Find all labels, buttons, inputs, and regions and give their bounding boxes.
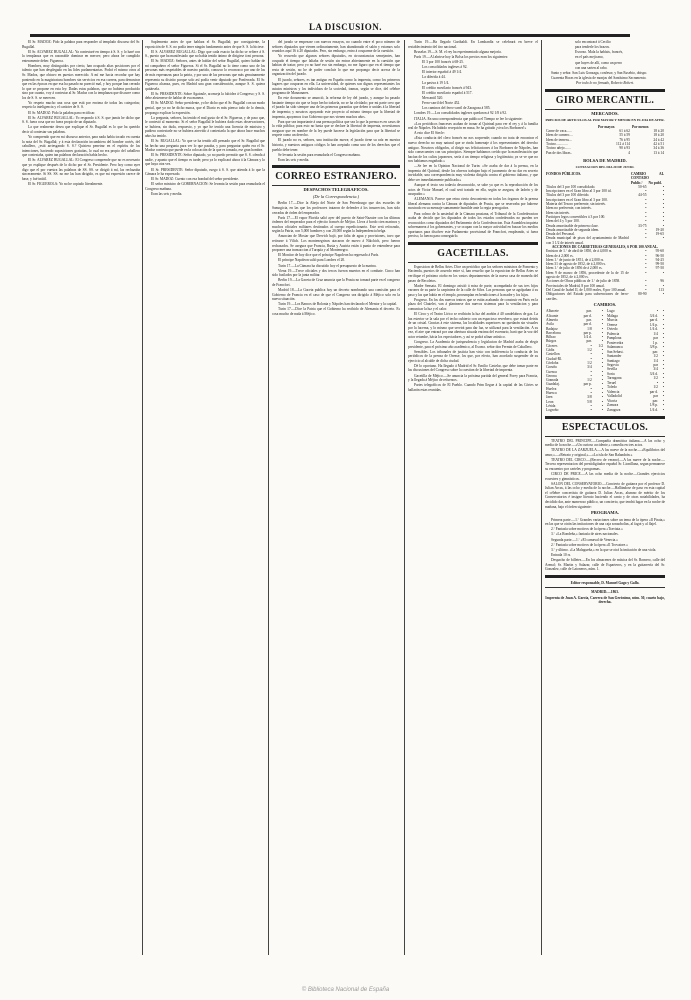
column-4: Turin 19.—Ha llegado Garibaldi. En Lomba… bbox=[408, 40, 538, 950]
article-paragraph: Para colmo de la ansiedad de la Cámara p… bbox=[408, 212, 538, 239]
column-1: El Sr. MADOZ: Pido la palabra para respo… bbox=[22, 40, 140, 950]
correo-source: (De la Correspondencia.) bbox=[272, 195, 400, 200]
article-paragraph: «Esta conducta del clero francés no nos … bbox=[408, 136, 538, 163]
espectaculos-title: ESPECTACULOS. bbox=[545, 422, 665, 434]
article-paragraph: Eran las seis y media. bbox=[145, 192, 265, 197]
program-item: Segunda parte.—1.º «El carnaval de Venec… bbox=[545, 538, 665, 543]
article-paragraph: ITALIA. En una correspondencia que publi… bbox=[408, 117, 538, 122]
share-row: Obligaciones del Estado para subvencione… bbox=[545, 292, 665, 301]
article-paragraph: El Sr. MADOZ: Cuento con esa bondad del … bbox=[145, 177, 265, 182]
quote-line: Los consolidados ingleses á 92. bbox=[416, 65, 538, 70]
program-item: Primera parte.—1.º Grandes variaciones s… bbox=[545, 518, 665, 527]
program-item: 3.º «La Rondeña,» fantasía de aires naci… bbox=[545, 532, 665, 537]
article-paragraph: El Sr. MADOZ: Señores, antes de hablar d… bbox=[145, 59, 265, 91]
program-item: 3.º y último. «La Malagueña,» en la que … bbox=[545, 548, 665, 553]
column-divider bbox=[404, 40, 405, 955]
dispatch-paragraph: El Monitor de hoy dice que el príncipe N… bbox=[272, 253, 400, 258]
gacetilla-paragraph: Dé lo oportuno. Ha llegado á Madrid el S… bbox=[408, 364, 538, 373]
article-paragraph: En este documento se anunció, la reforma… bbox=[272, 96, 400, 119]
divider bbox=[545, 587, 665, 588]
section-rule bbox=[545, 416, 665, 419]
gacetilla-paragraph: Congreso. La Academia de jurisprudencia … bbox=[408, 340, 538, 349]
program-item: 2.º Fantasía sobre motivos de la ópera «… bbox=[545, 527, 665, 532]
column-3: del jurado se empezase con nuevos ensayo… bbox=[272, 40, 400, 950]
article-paragraph: Para que sea importante á una prensa pol… bbox=[272, 120, 400, 138]
dispatch-paragraph: Turin 19.—Los Bancos de Bolonia y Nápole… bbox=[272, 302, 400, 307]
article-paragraph: El Sr. MADOZ: Pido la palabra para recti… bbox=[22, 111, 140, 116]
article-paragraph: Yo comprendo que en mi discurso anterior… bbox=[22, 135, 140, 158]
article-paragraph: «Los periódicos franceses acaban de tron… bbox=[408, 122, 538, 131]
editor-line: Editor responsable, D. Manuel Gago y Gal… bbox=[545, 581, 665, 586]
quote-line: Los caminos del ferro-carril de Zaragoza… bbox=[416, 106, 538, 111]
cambios-title: CAMBIOS. bbox=[545, 303, 665, 308]
program-item: Entrada 10 rs. bbox=[545, 553, 665, 558]
giro-title: GIRO MERCANTIL. bbox=[545, 95, 665, 107]
article-paragraph: La pregunta, señores, ha tenido el mal g… bbox=[145, 116, 265, 139]
masthead-title: LA DISCUSION. bbox=[0, 22, 691, 32]
article-paragraph: El Sr. PRESIDENTE: Sobre Agatoule, acons… bbox=[145, 92, 265, 101]
program-item: 2.º Fantasía sobre motivos de la ópera «… bbox=[545, 543, 665, 548]
article-paragraph: El Sr. BUGALLAL: Yo que se ha tenido all… bbox=[145, 139, 265, 153]
correo-subtitle: DESPACHOS TELEGRAFICOS. bbox=[272, 188, 400, 193]
cambios-tables: Albacetepar.•Alicantepar d.•Almeríapar.•… bbox=[545, 309, 665, 412]
cambios-left: Albacetepar.•Alicantepar d.•Almeríapar.•… bbox=[545, 309, 604, 412]
gacetilla-paragraph: Esposicion de Bellas Artes. Dice un peri… bbox=[408, 265, 538, 283]
article-paragraph: Aunque el texto sea todavía desconocido,… bbox=[408, 183, 538, 197]
bolsa-title: BOLSA DE MADRID. bbox=[545, 159, 665, 164]
dispatch-paragraph: Turin 19.—Ha llegado Garibaldi. En Lomba… bbox=[408, 40, 538, 49]
gacetilla-paragraph: Progreso. En los dos nuevos teatros que … bbox=[408, 298, 538, 312]
article-paragraph: ALEMANIA. Parece que reina cierto descon… bbox=[408, 197, 538, 211]
bolsa-table: FONDOS PÚBLICOS. CAMBIO AL CONTADO Publi… bbox=[545, 172, 665, 301]
dispatch-paragraph: El príncipe Napoleon salió para Londres … bbox=[272, 258, 400, 263]
article-paragraph: Yo recuerdo que algunos señores diputado… bbox=[272, 54, 400, 77]
section-rule bbox=[545, 89, 665, 92]
programa-title: PROGRAMA. bbox=[545, 511, 665, 516]
section-rule bbox=[272, 165, 400, 168]
show-listing: SALON DEL CONSERVATORIO.—Concierto de gu… bbox=[545, 482, 665, 509]
gacetilla-paragraph: Madre Sensata. El domingo asistió á misa… bbox=[408, 284, 538, 298]
mercados-table: Por mayor. Por menor. Carne de vaca.....… bbox=[545, 125, 665, 155]
newspaper-page: LA DISCUSION. El Sr. MADOZ: Pido la pala… bbox=[0, 0, 691, 1000]
divider bbox=[545, 109, 665, 110]
saints-notice: Santo y señor. San Luis Gonzaga, confeso… bbox=[545, 71, 665, 76]
article-paragraph: El jurado no es, señores, una institució… bbox=[272, 138, 400, 152]
correo-title: CORREO ESTRANJERO. bbox=[272, 171, 400, 183]
divider bbox=[545, 436, 665, 437]
gacetilla-paragraph: Gacetilla de Méjico.—Se anuncia la próxi… bbox=[408, 374, 538, 383]
bolsa-subtitle: COTIZACION DEL DIA 20 DE JUNIO. bbox=[545, 165, 665, 170]
dispatch-paragraph: Anuncian de Mostar que Dervich bajó, por… bbox=[272, 234, 400, 252]
exchange-row: Zaragoza1/4 d.• bbox=[606, 408, 665, 413]
poem-line: Esrorzo. Mala la habíais, francés, bbox=[575, 50, 665, 55]
column-divider bbox=[541, 40, 542, 955]
column-divider bbox=[268, 40, 269, 955]
gacetillas-title: GACETILLAS. bbox=[408, 248, 538, 260]
article-paragraph: El Sr. ALVAREZ BUGALLAL: El Congreso com… bbox=[22, 158, 140, 181]
article-paragraph: Se levanta la sesión para reanudarla el … bbox=[272, 153, 400, 158]
article-paragraph: A esto dice El Siecle: bbox=[408, 131, 538, 136]
article-paragraph: Suplemento antes de que hablara el Sr. B… bbox=[145, 40, 265, 49]
dispatch-paragraph: Madrid 18.—La Gaceta publica hoy un decr… bbox=[272, 288, 400, 302]
quote-line: Mercantil 520. bbox=[416, 96, 538, 101]
dispatch-paragraph: París 17.—El vapor Florida salió ayer de… bbox=[272, 216, 400, 234]
fondos-title: FONDOS PÚBLICOS. bbox=[545, 172, 630, 181]
article-paragraph: El Sr. PRESIDENTE: Señor diputado, yo no… bbox=[145, 153, 265, 167]
section-rule bbox=[408, 242, 538, 245]
column-2: Suplemento antes de que hablara el Sr. B… bbox=[145, 40, 265, 950]
section-rule bbox=[545, 575, 665, 578]
dispatch-paragraph: Viena 19.—Trece oficiales y dos tercos f… bbox=[272, 269, 400, 278]
dispatch-paragraph: Turin 17.—Dice la Patria que el Gobierno… bbox=[272, 307, 400, 316]
quote-line: Ferro-carril del Norte 452. bbox=[416, 101, 538, 106]
divider bbox=[408, 262, 538, 263]
quote-line: El interior español á 49 1/4. bbox=[416, 70, 538, 75]
mercados-title: MERCADOS. bbox=[545, 112, 665, 117]
poem-line: para tenderle los brazos. bbox=[575, 45, 665, 50]
gacetilla-paragraph: Sensibles. Los tribunales de justicia ha… bbox=[408, 350, 538, 364]
poem-line: en el país mejicano, bbox=[575, 55, 665, 60]
share-row: Idem 9 de marzo de 1856, procedente de l… bbox=[545, 271, 665, 280]
printer-line: Imprenta de Juan A. García, Carrera de S… bbox=[545, 596, 665, 605]
article-paragraph: Londres 19.—Los consolidados ingleses qu… bbox=[408, 111, 538, 116]
show-listing: TEATRO DEL PRINCIPE.—Compañía dramática … bbox=[545, 439, 665, 448]
library-watermark: © Biblioteca Nacional de España bbox=[0, 987, 691, 993]
mercados-subtitle: PRECIOS DE ARTICULOS AL POR MAYOR Y MENO… bbox=[545, 118, 665, 123]
masthead-rule bbox=[30, 34, 630, 37]
article-paragraph: Yo respeto mucho una cosa que está por e… bbox=[22, 101, 140, 110]
article-paragraph: El Sr. MADOZ: Señor presidente, yo he di… bbox=[145, 101, 265, 115]
poem-line: con una sarten al rabo. bbox=[575, 66, 665, 71]
poem-line: solo encontrará á Cecilio bbox=[575, 40, 665, 45]
quote-line: La diferida á 44. bbox=[416, 75, 538, 80]
exchange-row: Logroño•• bbox=[545, 408, 604, 412]
divider bbox=[272, 185, 400, 186]
cambio-header: CAMBIO AL CONTADO bbox=[630, 172, 665, 181]
gacetilla-paragraph: Partes telegráficos de El Pueblo. Cuando… bbox=[408, 383, 538, 392]
dispatch-paragraph: Bruselas 19.—S. M. el rey ha esperimenta… bbox=[408, 50, 538, 55]
program-item: Despacho de billetes.—En los almacenes d… bbox=[545, 558, 665, 572]
article-paragraph: El Sr. MADOZ: Pido la palabra para respo… bbox=[22, 40, 140, 49]
dispatch-paragraph: Berlin 19.—La Gaceta de Cruz anuncia que… bbox=[272, 278, 400, 287]
show-listing: CIRCO DE PRICE.—A las ocho media de la n… bbox=[545, 472, 665, 481]
article-paragraph: del jurado se empezase con nuevos ensayo… bbox=[272, 40, 400, 54]
article-paragraph: El S. ALVAREZ BUGALLAL: Digo que cada ex… bbox=[145, 50, 265, 59]
gacetilla-paragraph: El Circo y el Teatro Lírico se recibirán… bbox=[408, 312, 538, 339]
article-paragraph: El jurado, señores, es tan antiguo en Es… bbox=[272, 78, 400, 96]
signature: Por todo lo no firmado, Roberto Robert. bbox=[545, 81, 665, 86]
article-paragraph: La que realmente desea que explique el S… bbox=[22, 125, 140, 134]
dispatch-paragraph: Turin 17.—La Cámara ha discutido hoy el … bbox=[272, 264, 400, 269]
show-listing: TEATRO DE LA ZARZUELA.—A las nueve de la… bbox=[545, 448, 665, 457]
show-listing: TEATRO DEL CIRCO.—(Recreo de verano).—A … bbox=[545, 458, 665, 472]
quote-line: La pasiva á 19 1/4. bbox=[416, 81, 538, 86]
article-paragraph: Eran las seis y media. bbox=[272, 158, 400, 163]
article-paragraph: El Sr. ALVAREZ BUGALLAL: Yo respondo á S… bbox=[22, 116, 140, 125]
article-paragraph: El Sr. PRESIDENTE: Señor diputado, ruego… bbox=[145, 168, 265, 177]
quote-line: El crédito movilario francés á 943. bbox=[416, 86, 538, 91]
place-year: MADRID.—1863. bbox=[545, 590, 665, 595]
dispatch-paragraph: París 19.—Al abrirse hoy la Bolsa los pr… bbox=[408, 55, 538, 60]
article-paragraph: El señor ministro de GOBERNACION: Se lev… bbox=[145, 182, 265, 191]
quote-line: El 3 por 100 francés á 68-25. bbox=[416, 60, 538, 65]
article-paragraph: El Sr. ALVAREZ BUGALLAL: Ya contestaré e… bbox=[22, 50, 140, 64]
column-5: solo encontrará á Ceciliopara tenderle l… bbox=[545, 40, 665, 950]
poem-line: que huyes de allí, como un perro bbox=[575, 61, 665, 66]
column-divider bbox=[142, 40, 143, 955]
quote-line: El crédito movilario español á 517. bbox=[416, 91, 538, 96]
cambios-right: Lugo••Málaga3/4 d.•Murciapar d.•Orense1/… bbox=[606, 309, 665, 412]
dispatch-paragraph: Berlin 17.—Dice la Abeja del Norte de Sa… bbox=[272, 201, 400, 215]
market-row: Pan de dos libras..413 á 14 bbox=[545, 151, 665, 155]
article-paragraph: El Sr. FIGUEROLA: Yo no he copiado liter… bbox=[22, 182, 140, 187]
article-paragraph: —Se lee en la Opinion Nacional de Turin:… bbox=[408, 164, 538, 182]
article-paragraph: Hombres, muy distinguidos por cierto, ha… bbox=[22, 64, 140, 100]
bond-row: Deuda municipal de pisos del ayuntamient… bbox=[545, 236, 665, 245]
forty-hours-notice: Cuarenta Horas en la iglesia de monjas d… bbox=[545, 76, 665, 81]
